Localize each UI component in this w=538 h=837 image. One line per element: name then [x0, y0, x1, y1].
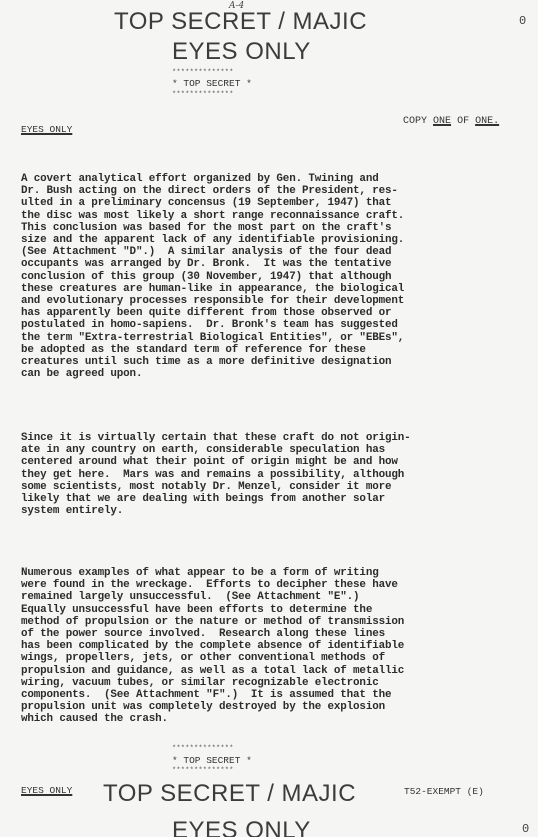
- paragraph-line: Numerous examples of what appear to be a…: [21, 567, 531, 579]
- paragraph-line: components. (See Attachment "F".) It is …: [21, 689, 531, 701]
- paragraph-line: can be agreed upon.: [21, 368, 531, 380]
- paragraph-line: Since it is virtually certain that these…: [21, 432, 531, 444]
- paragraph-line: and evolutionary processes responsible f…: [21, 295, 531, 307]
- paragraph-line: A covert analytical effort organized by …: [21, 173, 531, 185]
- eyes-only-header: EYES ONLY: [172, 38, 311, 66]
- copy-of: OF: [457, 116, 469, 127]
- paragraph-line: remained largely unsuccessful. (See Atta…: [21, 591, 531, 603]
- paragraph-line: occupants was arranged by Dr. Bronk. It …: [21, 258, 531, 270]
- copy-number: ONE: [433, 116, 451, 127]
- footer-stamp-border-bottom: **************: [172, 767, 234, 776]
- paragraph-2: Since it is virtually certain that these…: [21, 432, 531, 517]
- document-page: A-4 TOP SECRET / MAJIC EYES ONLY 0 *****…: [0, 0, 538, 837]
- paragraph-line: ulted in a preliminary concensus (19 Sep…: [21, 197, 531, 209]
- paragraph-line: size and the apparent lack of any identi…: [21, 234, 531, 246]
- copy-designation: COPY ONE OF ONE.: [403, 116, 499, 127]
- paragraph-3: Numerous examples of what appear to be a…: [21, 567, 531, 726]
- paragraph-line: propulsion and guidance, as well as a to…: [21, 665, 531, 677]
- footer-top-secret-stamp: * TOP SECRET *: [172, 755, 252, 766]
- paragraph-line: were found in the wreckage. Efforts to d…: [21, 579, 531, 591]
- paragraph-line: centered around what their point of orig…: [21, 456, 531, 468]
- corner-mark-top: 0: [519, 14, 526, 28]
- paragraph-line: some scientists, most notably Dr. Menzel…: [21, 481, 531, 493]
- paragraph-line: the disc was most likely a short range r…: [21, 210, 531, 222]
- stamp-border-top: **************: [172, 69, 234, 78]
- paragraph-1: A covert analytical effort organized by …: [21, 173, 531, 380]
- footer-eyes-only-label: EYES ONLY: [21, 785, 72, 796]
- paragraph-line: system entirely.: [21, 505, 531, 517]
- paragraph-line: of the power source involved. Research a…: [21, 628, 531, 640]
- copy-prefix: COPY: [403, 116, 427, 127]
- paragraph-line: wiring, vacuum tubes, or similar recogni…: [21, 677, 531, 689]
- paragraph-line: method of propulsion or the nature or me…: [21, 616, 531, 628]
- corner-mark-bottom: 0: [522, 822, 529, 836]
- paragraph-line: This conclusion was based for the most p…: [21, 222, 531, 234]
- top-secret-stamp: * TOP SECRET *: [172, 78, 252, 89]
- classification-header: TOP SECRET / MAJIC: [114, 8, 367, 36]
- footer-eyes-only: EYES ONLY: [172, 817, 311, 837]
- stamp-border-bottom: **************: [172, 91, 234, 100]
- paragraph-line: has been complicated by the complete abs…: [21, 640, 531, 652]
- copy-total: ONE.: [475, 116, 499, 127]
- paragraph-line: propulsion unit was completely destroyed…: [21, 701, 531, 713]
- eyes-only-label: EYES ONLY: [21, 124, 72, 135]
- paragraph-line: wings, propellers, jets, or other conven…: [21, 652, 531, 664]
- paragraph-line: they get here. Mars was and remains a po…: [21, 469, 531, 481]
- paragraph-line: Equally unsuccessful have been efforts t…: [21, 604, 531, 616]
- footer-stamp-border-top: **************: [172, 745, 234, 754]
- paragraph-line: which caused the crash.: [21, 713, 531, 725]
- paragraph-line: (See Attachment "D".) A similar analysis…: [21, 246, 531, 258]
- paragraph-line: Dr. Bush acting on the direct orders of …: [21, 185, 531, 197]
- paragraph-line: these creatures are human-like in appear…: [21, 283, 531, 295]
- paragraph-line: be adopted as the standard term of refer…: [21, 344, 531, 356]
- paragraph-line: the term "Extra-terrestrial Biological E…: [21, 332, 531, 344]
- paragraph-line: ate in any country on earth, considerabl…: [21, 444, 531, 456]
- paragraph-line: postulated in homo-sapiens. Dr. Bronk's …: [21, 319, 531, 331]
- paragraph-line: creatures until such time as a more defi…: [21, 356, 531, 368]
- paragraph-line: likely that we are dealing with beings f…: [21, 493, 531, 505]
- exempt-code: T52-EXEMPT (E): [404, 786, 484, 797]
- footer-classification: TOP SECRET / MAJIC: [103, 780, 356, 808]
- paragraph-line: conclusion of this group (30 November, 1…: [21, 271, 531, 283]
- paragraph-line: has apparently been quite different from…: [21, 307, 531, 319]
